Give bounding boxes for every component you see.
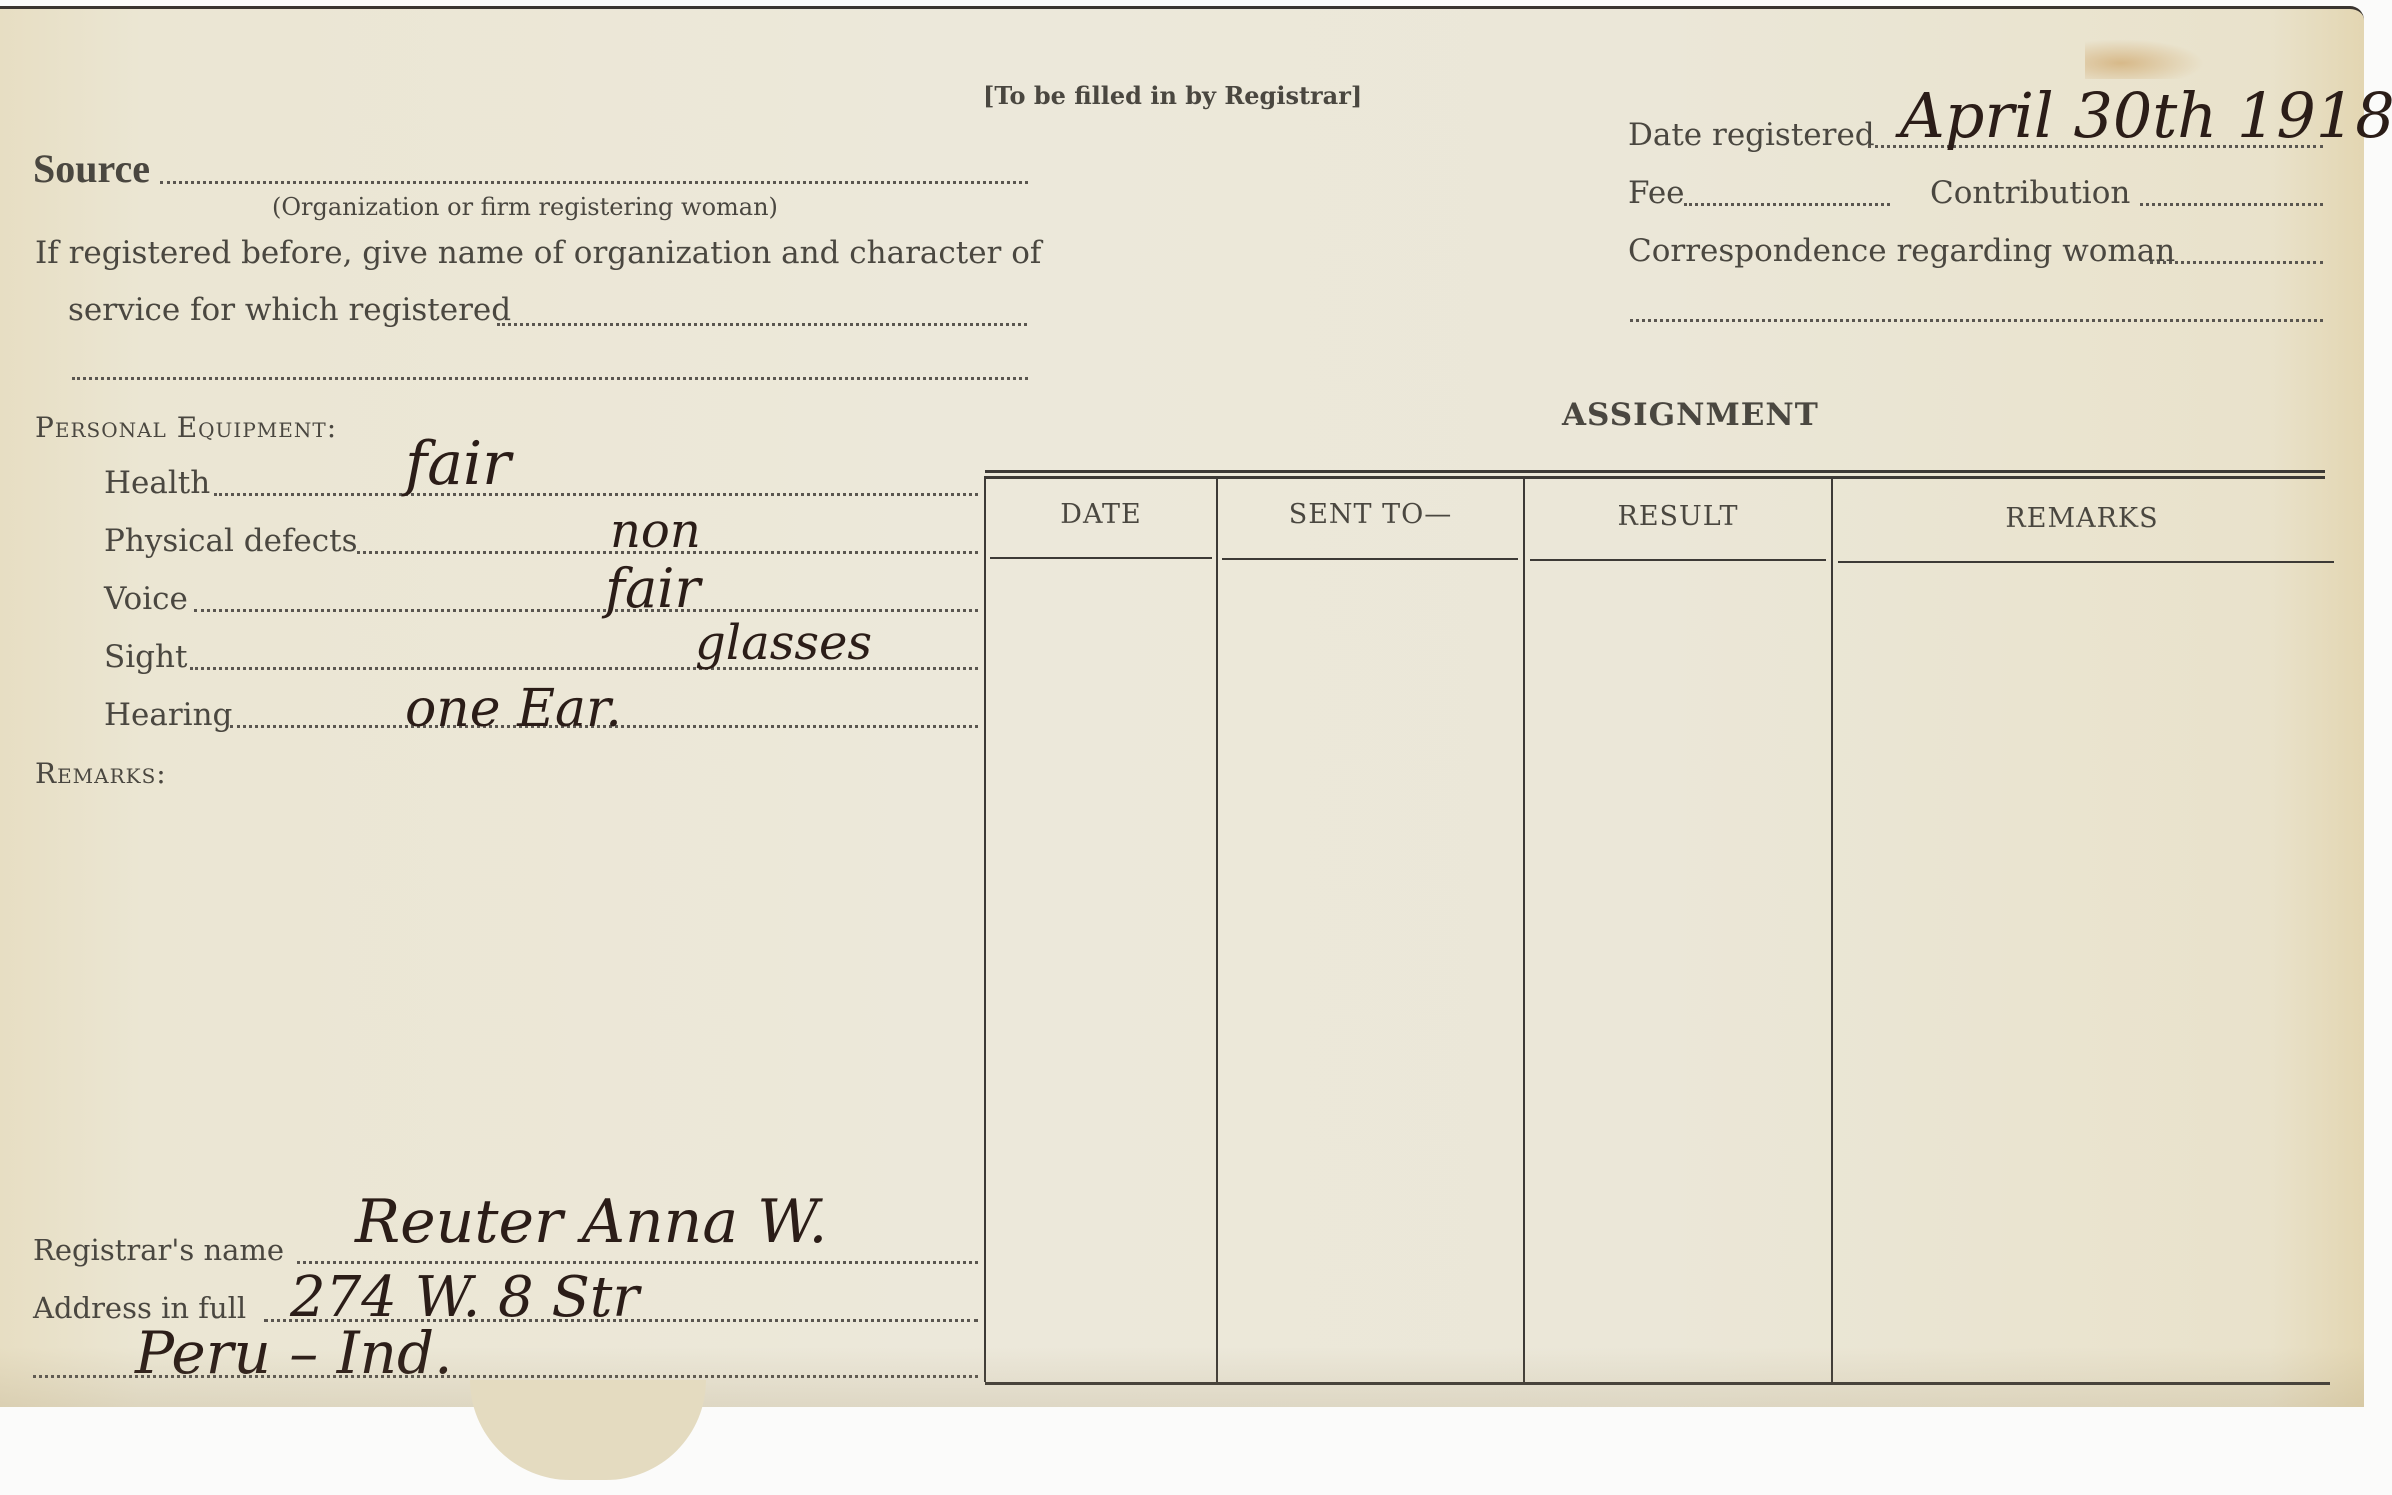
registered-before-label: If registered before, give name of organ… [35,235,1041,271]
health-value: fair [405,429,511,499]
registered-before-field-2[interactable] [72,377,1028,380]
header-underline [1838,561,2334,563]
assignment-title: ASSIGNMENT [1562,397,1819,433]
column-header-remarks: REMARKS [1832,503,2332,534]
registrar-note: [To be filled in by Registrar] [983,81,1362,110]
registrar-name-label: Registrar's name [33,1233,284,1267]
table-top-rule-2 [985,476,2325,479]
table-body-remarks[interactable] [1833,565,2333,1380]
personal-equipment-title: Personal Equipment: [35,411,337,444]
physical-defects-label: Physical defects [104,523,358,559]
registrar-name-value: Reuter Anna W. [355,1187,827,1257]
remarks-label: Remarks: [35,757,167,790]
date-registered-label: Date registered [1628,117,1875,153]
source-caption: (Organization or firm registering woman) [272,193,778,221]
column-header-sent-to: SENT TO— [1217,499,1524,530]
voice-value: fair [605,557,700,620]
source-label: Source [33,145,150,192]
table-body-result[interactable] [1525,565,1831,1380]
contribution-field[interactable] [2140,203,2323,206]
date-registered-value: April 30th 1918 [1900,79,2392,152]
fee-label: Fee [1628,175,1685,211]
health-label: Health [104,465,210,501]
address-field-2[interactable] [33,1375,978,1378]
table-body-sent-to[interactable] [1218,565,1523,1380]
remarks-area[interactable] [35,799,975,1219]
header-underline [1222,558,1518,560]
card-index-tab [470,1380,706,1480]
paper-stain [2085,39,2205,79]
registrar-name-field[interactable] [297,1261,978,1264]
column-header-date: DATE [985,499,1217,530]
sight-label: Sight [104,639,187,675]
voice-label: Voice [104,581,188,617]
header-underline [1530,559,1826,561]
contribution-label: Contribution [1930,175,2130,211]
correspondence-field-2[interactable] [1630,319,2323,322]
hearing-value: one Ear. [405,679,622,739]
correspondence-label: Correspondence regarding woman [1628,233,2175,269]
header-underline [990,557,1212,559]
table-body-date[interactable] [986,565,1216,1380]
address-value-line2: Peru – Ind. [135,1319,453,1387]
physical-defects-value: non [610,503,701,559]
table-top-rule [985,470,2325,473]
sight-value: glasses [695,615,872,671]
hearing-label: Hearing [104,697,232,733]
column-header-result: RESULT [1524,501,1832,532]
registered-before-field[interactable] [497,323,1027,326]
registered-before-label-2: service for which registered [68,292,511,328]
voice-field[interactable] [194,609,978,612]
registration-card: [To be filled in by Registrar] Source (O… [0,6,2364,1407]
table-bottom-rule [985,1382,2330,1385]
health-field[interactable] [214,493,978,496]
correspondence-field[interactable] [2150,261,2323,264]
source-field[interactable] [160,181,1028,184]
fee-field[interactable] [1684,203,1890,206]
